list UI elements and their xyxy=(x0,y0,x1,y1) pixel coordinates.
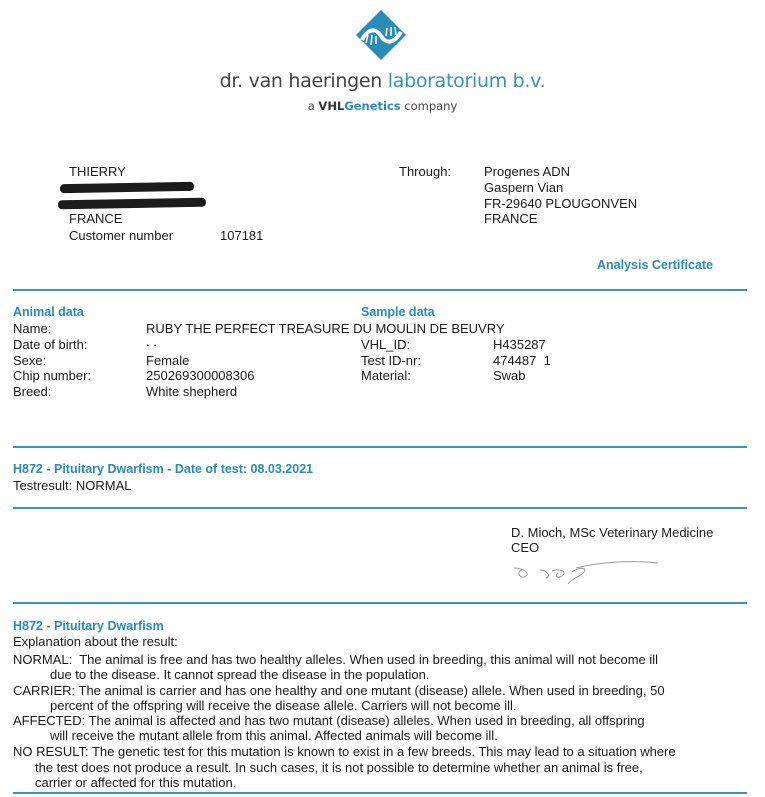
vhl-id-label: VHL_ID: xyxy=(361,337,410,352)
divider xyxy=(13,507,747,509)
chip-number-value: 250269300008306 xyxy=(146,368,254,383)
vhl-id-value: H435287 xyxy=(493,337,546,352)
sex-value: Female xyxy=(146,353,189,368)
breed-label: Breed: xyxy=(13,384,51,399)
through-line-1: Progenes ADN xyxy=(484,164,570,179)
tagline-brand-genetics: Genetics xyxy=(344,99,400,113)
explanation-key: NO RESULT: xyxy=(13,744,89,759)
date-of-birth-value: . . xyxy=(146,334,157,349)
divider xyxy=(13,602,747,604)
animal-name-value: RUBY THE PERFECT TREASURE DU MOULIN DE B… xyxy=(146,321,505,336)
document-title: Analysis Certificate xyxy=(597,258,713,273)
tagline-prefix: a xyxy=(308,99,315,113)
tagline: a VHLGenetics company xyxy=(0,98,765,114)
divider xyxy=(13,792,747,794)
test-id-value: 474487 1 xyxy=(493,353,551,368)
explanation-no-result-cont-2: carrier or affected for this mutation. xyxy=(35,775,236,790)
explanation-key: NORMAL: xyxy=(13,652,72,667)
explanation-no-result-cont-1: the test does not produce a result. In s… xyxy=(35,760,643,775)
through-label: Through: xyxy=(399,164,451,179)
explanation-carrier-cont: percent of the offspring will receive th… xyxy=(50,698,517,713)
explanation-normal: NORMAL: The animal is free and has two h… xyxy=(13,652,658,667)
explanation-text: The animal is carrier and has one health… xyxy=(75,683,664,698)
explanation-carrier: CARRIER: The animal is carrier and has o… xyxy=(13,683,665,698)
material-label: Material: xyxy=(361,368,411,383)
customer-country: FRANCE xyxy=(69,211,122,226)
sex-label: Sexe: xyxy=(13,353,46,368)
divider xyxy=(13,289,747,291)
material-value: Swab xyxy=(493,368,526,383)
explanation-text: The genetic test for this mutation is kn… xyxy=(89,744,676,759)
customer-name: THIERRY xyxy=(69,164,126,179)
sample-data-heading: Sample data xyxy=(361,305,435,320)
explanation-intro: Explanation about the result: xyxy=(13,634,178,649)
through-line-2: Gaspern Vian xyxy=(484,180,563,195)
explanation-normal-cont: due to the disease. It cannot spread the… xyxy=(50,667,429,682)
signatory-name: D. Mioch, MSc Veterinary Medicine xyxy=(511,525,713,540)
customer-number: 107181 xyxy=(220,228,263,243)
explanation-heading: H872 - Pituitary Dwarfism xyxy=(13,619,164,634)
dna-diamond-logo-icon xyxy=(356,10,406,60)
divider xyxy=(13,446,747,448)
lab-name-dark: dr. van haeringen xyxy=(220,70,382,92)
redacted-address-line-2 xyxy=(58,198,206,210)
tagline-suffix: company xyxy=(404,99,457,113)
customer-number-label: Customer number xyxy=(69,228,173,243)
explanation-text: The animal is free and has two healthy a… xyxy=(72,652,658,667)
test-id-label: Test ID-nr: xyxy=(361,353,421,368)
test-heading: H872 - Pituitary Dwarfism - Date of test… xyxy=(13,462,313,477)
explanation-affected: AFFECTED: The animal is affected and has… xyxy=(13,713,645,728)
explanation-key: CARRIER: xyxy=(13,683,75,698)
lab-name-light: laboratorium b.v. xyxy=(388,70,546,92)
lab-name: dr. van haeringen laboratorium b.v. xyxy=(0,69,765,93)
signature-icon xyxy=(510,558,660,588)
explanation-key: AFFECTED: xyxy=(13,713,85,728)
test-result: Testresult: NORMAL xyxy=(13,478,131,493)
explanation-text: The animal is affected and has two mutan… xyxy=(85,713,644,728)
date-of-birth-label: Date of birth: xyxy=(13,337,87,352)
animal-data-heading: Animal data xyxy=(13,305,84,320)
redacted-address-line-1 xyxy=(60,182,194,193)
chip-number-label: Chip number: xyxy=(13,368,91,383)
signatory-title: CEO xyxy=(511,540,539,555)
animal-name-label: Name: xyxy=(13,321,51,336)
tagline-brand-vhl: VHL xyxy=(318,99,344,113)
through-line-4: FRANCE xyxy=(484,211,537,226)
explanation-affected-cont: will receive the mutant allele from this… xyxy=(50,728,498,743)
breed-value: White shepherd xyxy=(146,384,237,399)
explanation-no-result: NO RESULT: The genetic test for this mut… xyxy=(13,744,676,759)
through-line-3: FR-29640 PLOUGONVEN xyxy=(484,196,637,211)
